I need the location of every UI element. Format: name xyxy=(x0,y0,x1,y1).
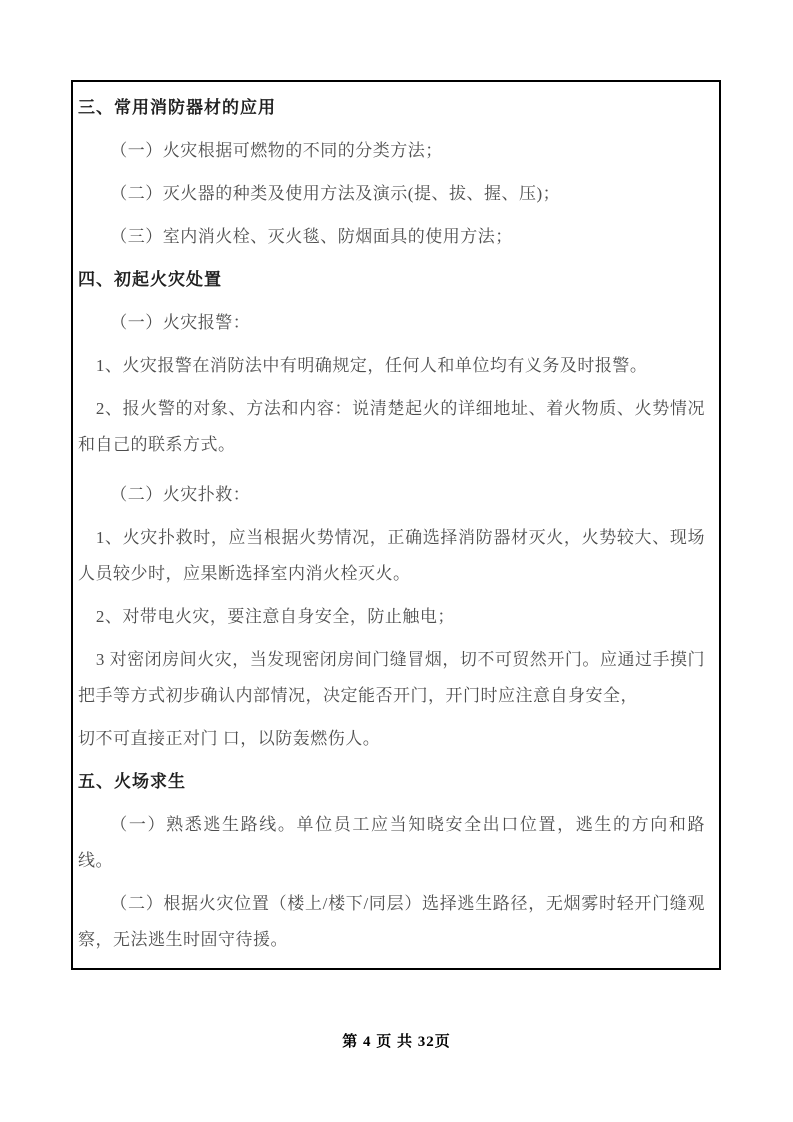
para-indoor-hydrant-usage: （三）室内消火栓、灭火毯、防烟面具的使用方法； xyxy=(78,219,705,255)
para-door-opening-caution: 切不可直接正对门 口，以防轰燃伤人。 xyxy=(78,721,705,757)
para-fire-alarm-title: （一）火灾报警： xyxy=(78,305,705,341)
para-fire-fighting-equipment-choice: 1、火灾扑救时，应当根据火势情况，正确选择消防器材灭火，火势较大、现场人员较少时… xyxy=(78,520,705,592)
heading-fire-escape: 五、火场求生 xyxy=(78,764,705,800)
heading-initial-fire-response: 四、初起火灾处置 xyxy=(78,262,705,298)
content-border-box: 三、常用消防器材的应用 （一）火灾根据可燃物的不同的分类方法； （二）灭火器的种… xyxy=(71,80,721,970)
para-escape-route-familiarity: （一）熟悉逃生路线。单位员工应当知晓安全出口位置，逃生的方向和路线。 xyxy=(78,807,705,879)
para-fire-classification: （一）火灾根据可燃物的不同的分类方法； xyxy=(78,133,705,169)
para-fire-alarm-content: 2、报火警的对象、方法和内容：说清楚起火的详细地址、着火物质、火势情况和自己的联… xyxy=(78,391,705,463)
para-fire-fighting-title: （二）火灾扑救： xyxy=(78,477,705,513)
para-extinguisher-types: （二）灭火器的种类及使用方法及演示(提、拔、握、压)； xyxy=(78,176,705,212)
para-closed-room-fire: 3 对密闭房间火灾，当发现密闭房间门缝冒烟，切不可贸然开门。应通过手摸门把手等方… xyxy=(78,642,705,714)
heading-fire-equipment-usage: 三、常用消防器材的应用 xyxy=(78,90,705,126)
page-footer: 第 4 页 共 32页 xyxy=(0,1030,793,1051)
para-escape-route-selection: （二）根据火灾位置（楼上/楼下/同层）选择逃生路径，无烟雾时轻开门缝观察，无法逃… xyxy=(78,886,705,958)
para-fire-alarm-obligation: 1、火灾报警在消防法中有明确规定，任何人和单位均有义务及时报警。 xyxy=(78,348,705,384)
document-page: 三、常用消防器材的应用 （一）火灾根据可燃物的不同的分类方法； （二）灭火器的种… xyxy=(0,0,793,1122)
para-electrical-fire: 2、对带电火灾，要注意自身安全，防止触电； xyxy=(78,599,705,635)
page-number: 第 4 页 共 32页 xyxy=(342,1034,451,1050)
